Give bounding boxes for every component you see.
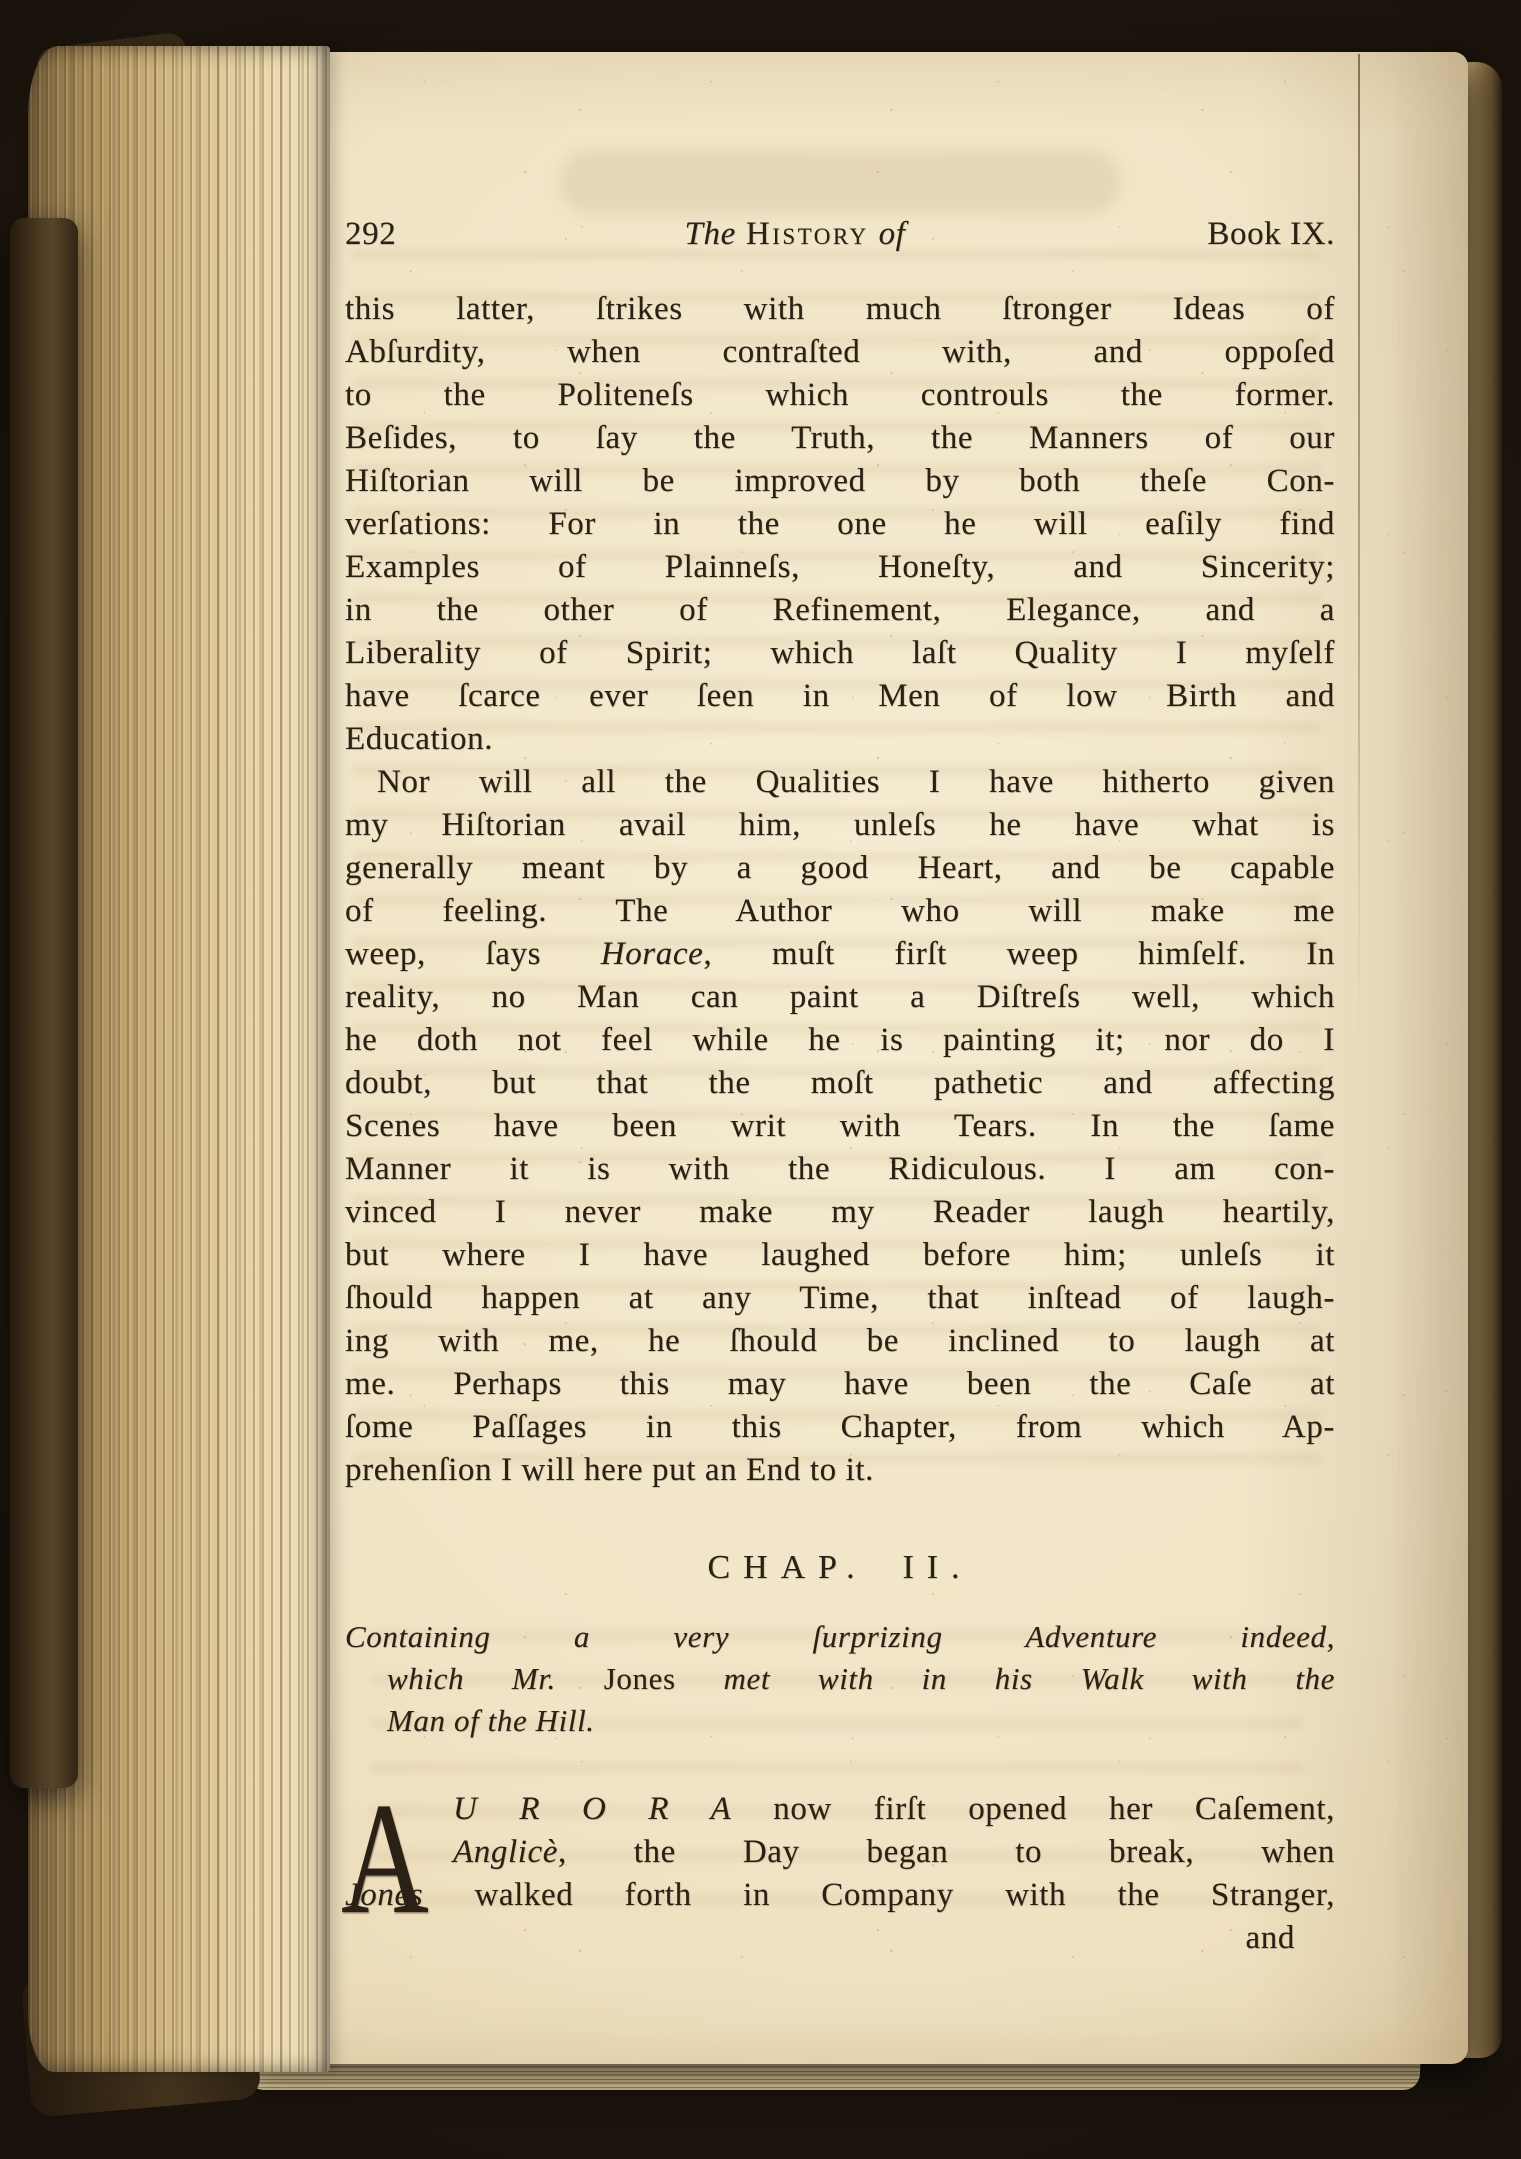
body-paragraphs: this latter, ſtrikes with much ſtronger … xyxy=(345,288,1335,1492)
printed-text-block: 292 TheHistoryof Book IX. this latter, ſ… xyxy=(345,212,1335,1959)
catchword-line: and xyxy=(345,1917,1335,1959)
text-line: verſations: For in the one he will eaſil… xyxy=(345,503,1335,546)
text-line: weep, ſays Horace, muſt firſt weep himſe… xyxy=(345,933,1335,976)
text-line: Beſides, to ſay the Truth, the Manners o… xyxy=(345,417,1335,460)
text-line: ſhould happen at any Time, that inſtead … xyxy=(345,1277,1335,1320)
text-line: ing with me, he ſhould be inclined to la… xyxy=(345,1320,1335,1363)
text-line: Nor will all the Qualities I have hither… xyxy=(345,761,1335,804)
text-line: Hiſtorian will be improved by both theſe… xyxy=(345,460,1335,503)
text-line: Scenes have been writ with Tears. In the… xyxy=(345,1105,1335,1148)
text-line: this latter, ſtrikes with much ſtronger … xyxy=(345,288,1335,331)
text-line: Jones walked forth in Company with the S… xyxy=(345,1874,1335,1917)
text-line: me. Perhaps this may have been the Caſe … xyxy=(345,1363,1335,1406)
paragraph: this latter, ſtrikes with much ſtronger … xyxy=(345,288,1335,761)
text-line: reality, no Man can paint a Diſtreſs wel… xyxy=(345,976,1335,1019)
running-title-history: History xyxy=(746,216,869,252)
chapter-argument: Containing a very ſurprizing Adventure i… xyxy=(345,1616,1335,1742)
running-header: 292 TheHistoryof Book IX. xyxy=(345,212,1335,256)
running-title-of: of xyxy=(879,216,906,252)
text-line: have ſcarce ever ſeen in Men of low Birt… xyxy=(345,675,1335,718)
text-line: Abſurdity, when contraſted with, and opp… xyxy=(345,331,1335,374)
text-line: U R O R A now firſt opened her Caſement, xyxy=(345,1788,1335,1831)
text-line: Liberality of Spirit; which laſt Quality… xyxy=(345,632,1335,675)
text-line: Anglicè, the Day began to break, when xyxy=(345,1831,1335,1874)
leather-spine xyxy=(10,218,78,1788)
book-photo: { "header": { "page_number": "292", "tit… xyxy=(0,0,1521,2159)
text-line: prehenſion I will here put an End to it. xyxy=(345,1449,1335,1492)
text-line: to the Politeneſs which controuls the fo… xyxy=(345,374,1335,417)
page-number: 292 xyxy=(345,212,495,256)
text-line: generally meant by a good Heart, and be … xyxy=(345,847,1335,890)
text-line: ſome Paſſages in this Chapter, from whic… xyxy=(345,1406,1335,1449)
text-line: but where I have laughed before him; unl… xyxy=(345,1234,1335,1277)
catchword: and xyxy=(1246,1920,1295,1956)
running-title: TheHistoryof xyxy=(495,212,1105,256)
text-line: Manner it is with the Ridiculous. I am c… xyxy=(345,1148,1335,1191)
text-line: in the other of Refinement, Elegance, an… xyxy=(345,589,1335,632)
drop-cap: A xyxy=(341,1778,429,1938)
text-line: he doth not feel while he is painting it… xyxy=(345,1019,1335,1062)
text-line: vinced I never make my Reader laugh hear… xyxy=(345,1191,1335,1234)
book-label: Book IX. xyxy=(1105,212,1335,256)
chapter-heading: CHAP. II. xyxy=(345,1546,1335,1590)
text-line: Examples of Plainneſs, Honeſty, and Sinc… xyxy=(345,546,1335,589)
gutter-crease xyxy=(1358,54,1360,1044)
text-line: Man of the Hill. xyxy=(345,1700,1335,1742)
running-title-the: The xyxy=(685,216,736,252)
text-line: doubt, but that the moſt pathetic and af… xyxy=(345,1062,1335,1105)
text-line: Education. xyxy=(345,718,1335,761)
text-line: Containing a very ſurprizing Adventure i… xyxy=(345,1616,1335,1658)
text-line: of feeling. The Author who will make me xyxy=(345,890,1335,933)
chapter-opening-lines: U R O R A now firſt opened her Caſement,… xyxy=(345,1788,1335,1917)
chapter-opening: A U R O R A now firſt opened her Caſemen… xyxy=(345,1788,1335,1959)
text-line: which Mr. Jones met with in his Walk wit… xyxy=(345,1658,1335,1700)
text-line: my Hiſtorian avail him, unleſs he have w… xyxy=(345,804,1335,847)
paragraph: Nor will all the Qualities I have hither… xyxy=(345,761,1335,1492)
